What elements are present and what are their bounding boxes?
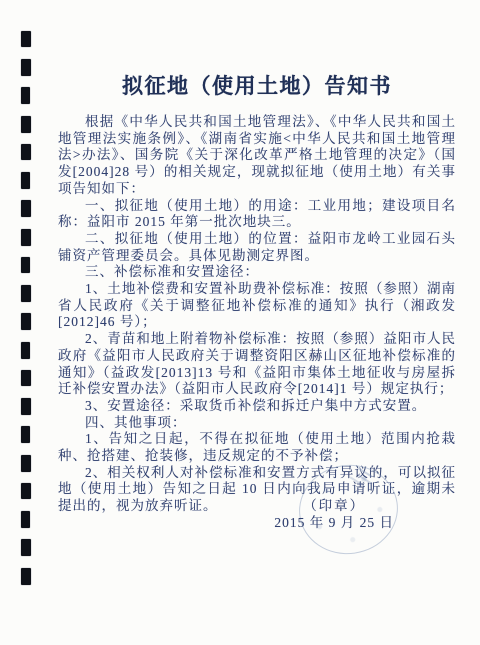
- document-date: 2015 年 9 月 25 日: [274, 514, 394, 532]
- document-body: 根据《中华人民共和国土地管理法》、《中华人民共和国土地管理法实施条例》、《湖南省…: [58, 114, 456, 515]
- paragraph-item2-location: 二、拟征地（使用土地）的位置：益阳市龙岭工业园石头铺资产管理委员会。具体见勘测定…: [58, 231, 456, 264]
- paragraph-item3-sub3: 3、安置途径：采取货币补偿和拆迁户集中方式安置。: [58, 398, 456, 415]
- document-content: 拟征地（使用土地）告知书 根据《中华人民共和国土地管理法》、《中华人民共和国土地…: [58, 0, 456, 515]
- binding-holes: [21, 31, 31, 585]
- binding-hole: [21, 87, 30, 104]
- binding-hole: [21, 342, 30, 359]
- binding-hole: [21, 229, 31, 246]
- binding-hole: [21, 172, 30, 189]
- paragraph-item1-purpose: 一、拟征地（使用土地）的用途：工业用地；建设项目名称：益阳市 2015 年第一批…: [58, 198, 456, 231]
- paragraph-item3-sub2: 2、青苗和地上附着物补偿标准：按照（参照）益阳市人民政府《益阳市人民政府关于调整…: [58, 331, 456, 398]
- binding-hole: [21, 455, 31, 472]
- binding-hole: [21, 59, 31, 76]
- paragraph-item3-heading: 三、补偿标准和安置途径：: [58, 264, 456, 281]
- binding-hole: [21, 370, 31, 386]
- paragraph-item4-heading: 四、其他事项：: [58, 415, 456, 432]
- scanned-document-page: 拟征地（使用土地）告知书 根据《中华人民共和国土地管理法》、《中华人民共和国土地…: [0, 0, 480, 645]
- signature-block: （印章） 2015 年 9 月 25 日: [274, 497, 394, 532]
- seal-placeholder-label: （印章）: [274, 497, 394, 514]
- paragraph-item4-sub1: 1、告知之日起，不得在拟征地（使用土地）范围内抢栽种、抢搭建、抢装修，违反规定的…: [58, 431, 456, 464]
- binding-hole: [21, 144, 31, 160]
- paragraph-basis: 根据《中华人民共和国土地管理法》、《中华人民共和国土地管理法实施条例》、《湖南省…: [58, 114, 456, 198]
- binding-hole: [21, 398, 31, 415]
- binding-hole: [21, 285, 31, 302]
- binding-hole: [21, 116, 31, 133]
- binding-hole: [21, 31, 31, 47]
- binding-hole: [21, 483, 31, 499]
- binding-hole: [21, 511, 30, 528]
- document-title: 拟征地（使用土地）告知书: [58, 70, 456, 100]
- binding-hole: [21, 200, 31, 217]
- binding-hole: [21, 313, 31, 330]
- binding-hole: [21, 257, 30, 273]
- binding-hole: [21, 426, 30, 443]
- binding-hole: [21, 539, 31, 556]
- paragraph-item3-sub1: 1、土地补偿费和安置补助费补偿标准：按照（参照）湖南省人民政府《关于调整征地补偿…: [58, 281, 456, 331]
- binding-hole: [21, 568, 31, 585]
